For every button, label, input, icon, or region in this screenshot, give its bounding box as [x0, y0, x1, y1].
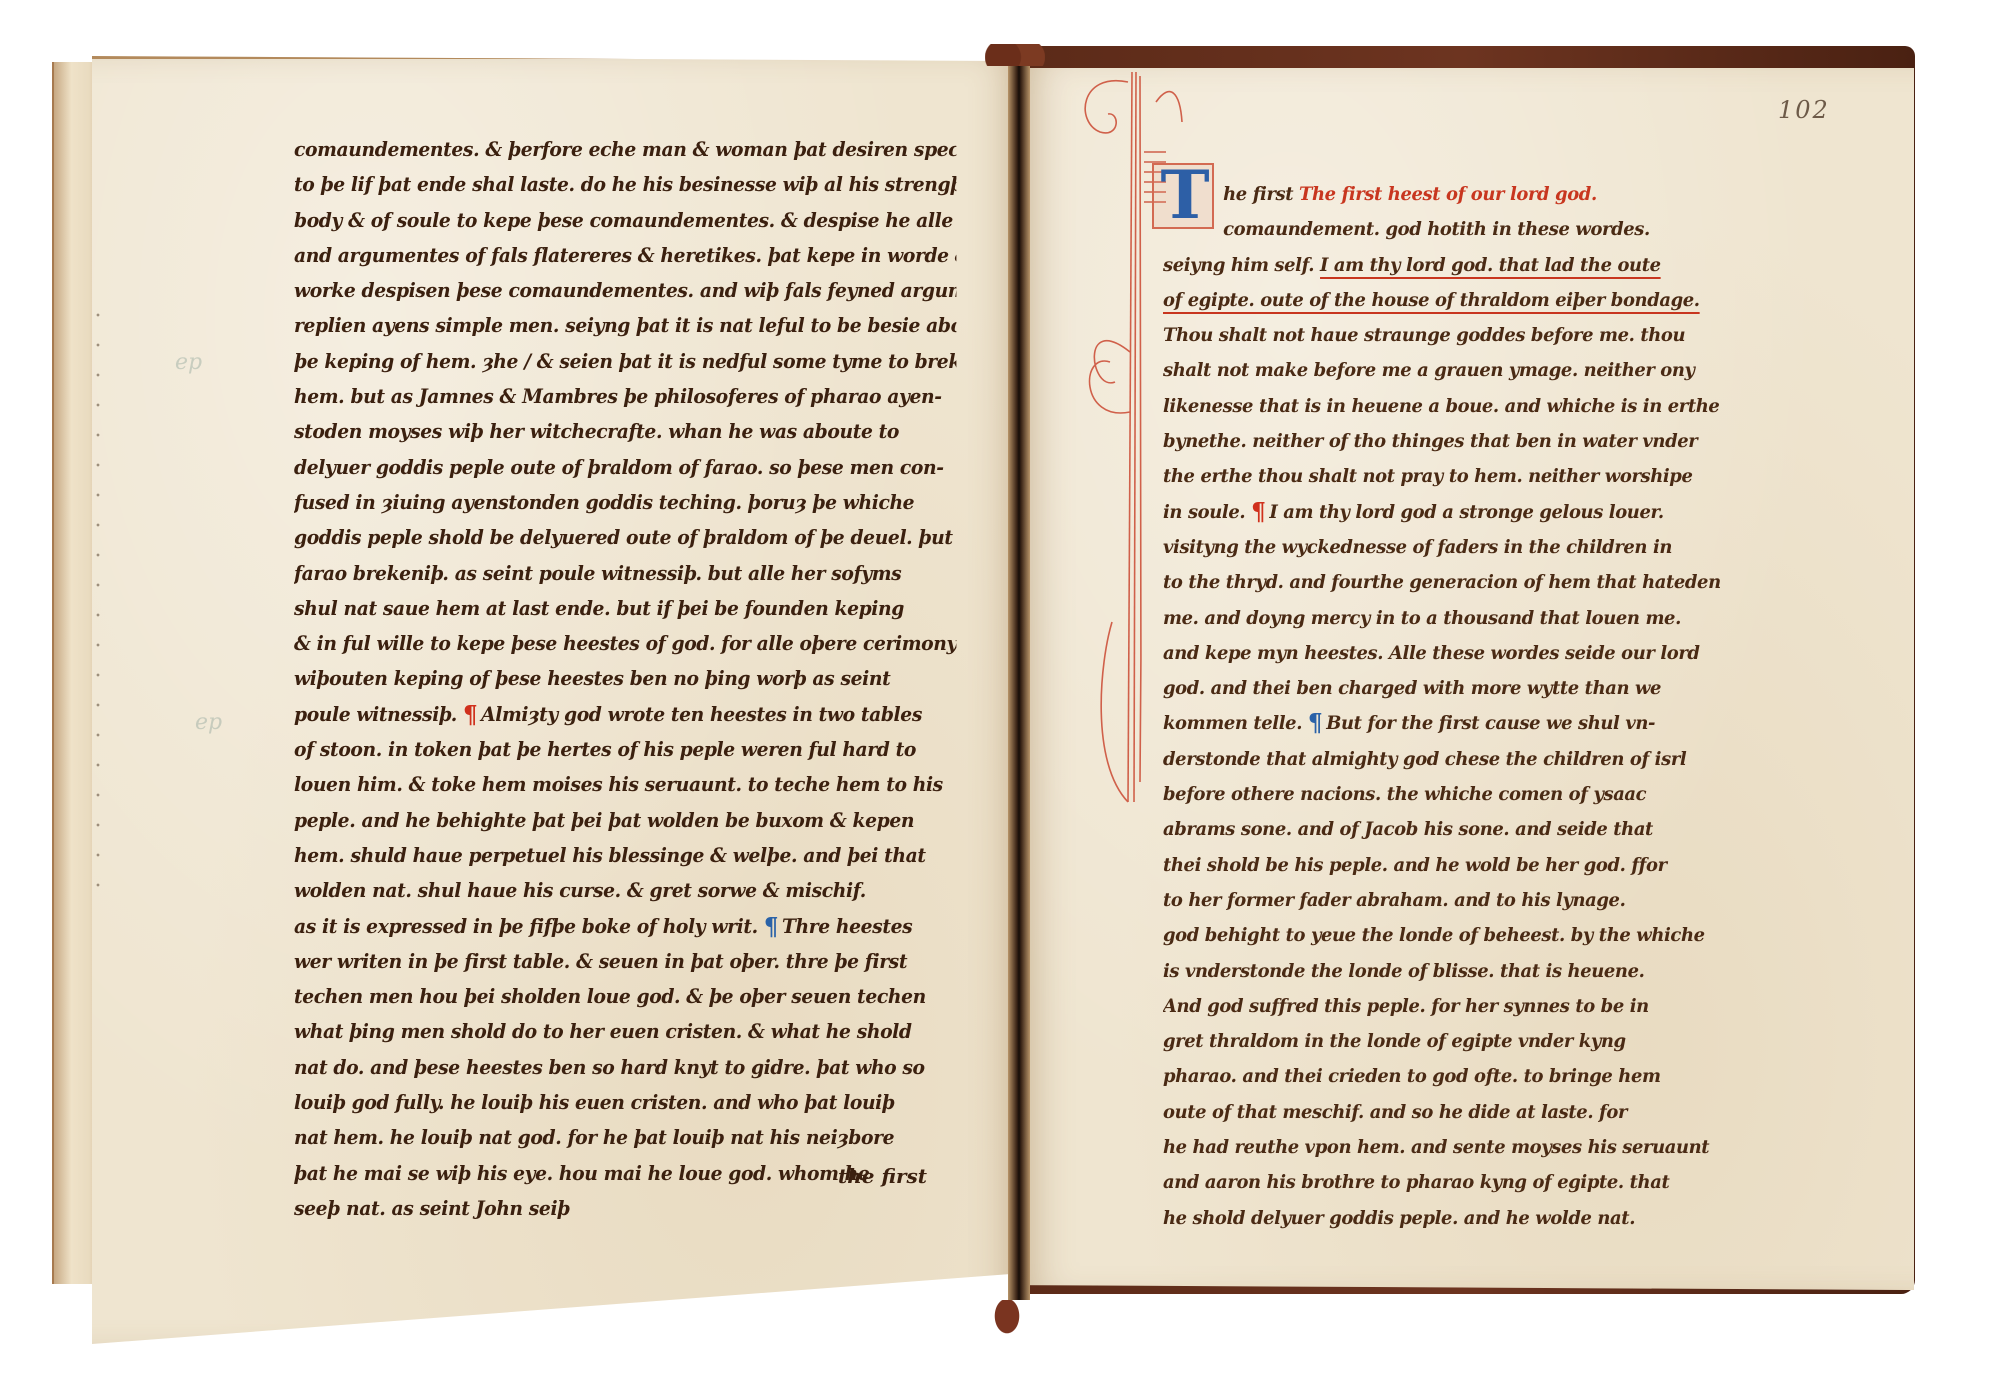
text-line: me. and doyng mercy in to a thousand tha… — [1163, 601, 1745, 636]
text-line: hem. but as Jamnes & Mambres þe philosof… — [294, 379, 956, 414]
text-line: what þing men shold do to her euen crist… — [294, 1014, 956, 1049]
text-line: þe keping of hem. ȝhe / & seien þat it i… — [294, 344, 956, 379]
spine-gutter — [1008, 60, 1030, 1300]
text-line-with-paraph: in soule. ¶I am thy lord god a stronge g… — [1163, 495, 1745, 530]
text-line: likenesse that is in heuene a boue. and … — [1163, 389, 1745, 424]
text-line: he had reuthe vpon hem. and sente moyses… — [1163, 1130, 1745, 1165]
text-line-with-paraph: poule witnessiþ. ¶Almiȝty god wrote ten … — [294, 697, 956, 732]
text-line: gret thraldom in the londe of egipte vnd… — [1163, 1024, 1745, 1059]
right-page-text: he first The first heest of our lord god… — [1163, 177, 1763, 1236]
text-line: to the thryd. and fourthe generacion of … — [1163, 565, 1745, 600]
text-line: to þe lif þat ende shal laste. do he his… — [294, 167, 956, 202]
text-line: the erthe thou shalt not pray to hem. ne… — [1163, 459, 1745, 494]
text-line: nat do. and þese heestes ben so hard kny… — [294, 1050, 956, 1085]
text-line: farao brekeniþ. as seint poule witnessiþ… — [294, 556, 956, 591]
text-line: wolden nat. shul haue his curse. & gret … — [294, 873, 956, 908]
text-line: techen men hou þei sholden loue god. & þ… — [294, 979, 956, 1014]
text-segment: I am thy lord god a stronge gelous louer… — [1269, 502, 1663, 523]
text-line: and kepe myn heestes. Alle these wordes … — [1163, 636, 1745, 671]
pricking-holes — [95, 300, 101, 900]
text-line: louen him. & toke hem moises his seruaun… — [294, 767, 956, 802]
faint-margin-annotation: ep — [175, 350, 202, 375]
open-manuscript: ep ep comaundementes. & þerfore eche man… — [0, 0, 2000, 1394]
text-segment: But for the first cause we shul vn- — [1326, 713, 1655, 734]
text-line: of stoon. in token þat þe hertes of his … — [294, 732, 956, 767]
text-segment: kommen telle. — [1163, 713, 1302, 734]
text-segment: seiyng him self. — [1163, 255, 1314, 276]
text-line: And god suffred this peple. for her synn… — [1163, 989, 1745, 1024]
faint-margin-annotation: ep — [195, 710, 222, 735]
text-line: to her former fader abraham. and to his … — [1163, 883, 1745, 918]
text-segment: Almiȝty god wrote ten heestes in two tab… — [481, 703, 922, 726]
text-line: wer writen in þe first table. & seuen in… — [294, 944, 956, 979]
paraph-mark-red: ¶ — [1251, 500, 1265, 524]
text-line: visityng the wyckednesse of faders in th… — [1163, 530, 1745, 565]
catchword: the first — [838, 1164, 927, 1188]
text-line: seeþ nat. as seint John seiþ — [294, 1191, 956, 1226]
text-line: seiyng him self. I am thy lord god. that… — [1163, 248, 1745, 283]
text-line: comaundement. god hotith in these wordes… — [1163, 212, 1745, 247]
folio-number: 102 — [1778, 96, 1830, 124]
underlined-quotation: I am thy lord god. that lad the oute — [1320, 255, 1661, 276]
text-line: pharao. and thei crieden to god ofte. to… — [1163, 1059, 1745, 1094]
text-line: body & of soule to kepe þese comaundemen… — [294, 203, 956, 238]
text-line: louiþ god fully. he louiþ his euen crist… — [294, 1085, 956, 1120]
text-line: delyuer goddis peple oute of þraldom of … — [294, 450, 956, 485]
paraph-mark-blue: ¶ — [764, 915, 778, 939]
left-page-text: comaundementes. & þerfore eche man & wom… — [294, 132, 984, 1226]
text-line: and aaron his brothre to pharao kyng of … — [1163, 1165, 1745, 1200]
text-line: thei shold be his peple. and he wold be … — [1163, 848, 1745, 883]
text-line: bynethe. neither of tho thinges that ben… — [1163, 424, 1745, 459]
rubric-heading: The first heest of our lord god. — [1299, 184, 1597, 205]
text-line-with-paraph: kommen telle. ¶But for the first cause w… — [1163, 706, 1745, 741]
text-segment: he first — [1223, 184, 1293, 205]
text-line: goddis peple shold be delyuered oute of … — [294, 520, 956, 555]
text-line: fused in ȝiuing ayenstonden goddis techi… — [294, 485, 956, 520]
text-line: oute of that meschif. and so he dide at … — [1163, 1095, 1745, 1130]
text-line: he shold delyuer goddis peple. and he wo… — [1163, 1201, 1745, 1236]
text-line-with-paraph: as it is expressed in þe fifþe boke of h… — [294, 909, 956, 944]
text-line: is vnderstonde the londe of blisse. that… — [1163, 954, 1745, 989]
text-line: worke despisen þese comaundementes. and … — [294, 273, 956, 308]
headband-bottom — [990, 1300, 1024, 1340]
text-line: shul nat saue hem at last ende. but if þ… — [294, 591, 956, 626]
text-segment: poule witnessiþ. — [294, 703, 457, 726]
text-segment: as it is expressed in þe fifþe boke of h… — [294, 915, 758, 938]
text-line: replien ayens simple men. seiyng þat it … — [294, 308, 956, 343]
heading-line: he first The first heest of our lord god… — [1163, 177, 1745, 212]
text-line: of egipte. oute of the house of thraldom… — [1163, 283, 1745, 318]
text-line: & in ful wille to kepe þese heestes of g… — [294, 626, 956, 661]
text-line: before othere nacions. the whiche comen … — [1163, 777, 1745, 812]
text-segment: Thre heestes — [782, 915, 912, 938]
underlined-quotation: of egipte. oute of the house of thraldom… — [1163, 290, 1700, 311]
paraph-mark-red: ¶ — [463, 703, 477, 727]
text-line: god. and thei ben charged with more wytt… — [1163, 671, 1745, 706]
text-line: shalt not make before me a grauen ymage.… — [1163, 353, 1745, 388]
text-line: Thou shalt not haue straunge goddes befo… — [1163, 318, 1745, 353]
text-line: wiþouten keping of þese heestes ben no þ… — [294, 661, 956, 696]
text-line: stoden moyses wiþ her witchecrafte. whan… — [294, 414, 956, 449]
text-line: hem. shuld haue perpetuel his blessinge … — [294, 838, 956, 873]
text-line: nat hem. he louiþ nat god. for he þat lo… — [294, 1120, 956, 1155]
text-line: god behight to yeue the londe of beheest… — [1163, 918, 1745, 953]
text-line: and argumentes of fals flatereres & here… — [294, 238, 956, 273]
text-line: derstonde that almighty god chese the ch… — [1163, 742, 1745, 777]
text-line: abrams sone. and of Jacob his sone. and … — [1163, 812, 1745, 847]
text-line: peple. and he behighte þat þei þat wolde… — [294, 803, 956, 838]
paraph-mark-blue: ¶ — [1308, 711, 1322, 735]
text-segment: in soule. — [1163, 502, 1245, 523]
text-line: comaundementes. & þerfore eche man & wom… — [294, 132, 956, 167]
headband-top — [985, 44, 1045, 66]
